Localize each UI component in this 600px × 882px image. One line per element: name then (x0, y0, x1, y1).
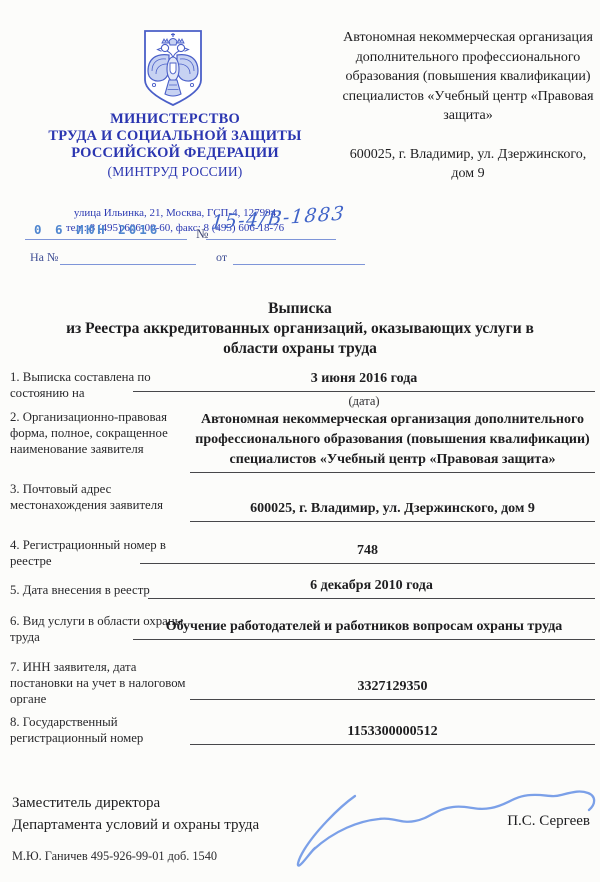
recipient-address: 600025, г. Владимир, ул. Дзержинского, д… (342, 145, 594, 184)
reply-na-underline (60, 264, 196, 265)
ministry-name-line1: МИНИСТЕРСТВО (15, 111, 335, 128)
item-7-value: 3327129350 (190, 677, 595, 700)
signer-position-line1: Заместитель директора (12, 792, 259, 814)
document-title: Выписка из Реестра аккредитованных орган… (40, 299, 560, 359)
signer-position-line2: Департамента условий и охраны труда (12, 814, 259, 836)
ministry-name-line3: РОССИЙСКОЙ ФЕДЕРАЦИИ (15, 145, 335, 162)
scanned-document-page: МИНИСТЕРСТВО ТРУДА И СОЦИАЛЬНОЙ ЗАЩИТЫ Р… (0, 0, 600, 882)
item-4-value: 748 (140, 541, 595, 564)
signer-name: П.С. Сергеев (470, 813, 590, 830)
signer-position: Заместитель директора Департамента услов… (12, 792, 259, 836)
date-stamp: 0 6 ИЮН 2016 (34, 222, 160, 237)
number-underline (206, 239, 336, 240)
date-underline (25, 239, 187, 240)
item-1-note: (дата) (133, 394, 595, 409)
reply-ot-underline (233, 264, 365, 265)
recipient-name: Автономная некоммерческая организация до… (342, 28, 594, 126)
document-title-line1: Выписка (40, 299, 560, 319)
coat-of-arms-icon (141, 28, 205, 108)
document-title-line2: из Реестра аккредитованных организаций, … (40, 319, 560, 359)
item-3-label: 3. Почтовый адрес местонахождения заявит… (10, 481, 190, 513)
item-1-value: 3 июня 2016 года (133, 369, 595, 392)
recipient-block: Автономная некоммерческая организация до… (342, 28, 594, 184)
reply-ot-label: от (216, 250, 227, 265)
item-7-label: 7. ИНН заявителя, дата постановки на уче… (10, 659, 190, 707)
ministry-name-line2: ТРУДА И СОЦИАЛЬНОЙ ЗАЩИТЫ (15, 128, 335, 145)
item-3-value: 600025, г. Владимир, ул. Дзержинского, д… (190, 499, 595, 522)
item-6-value: Обучение работодателей и работников вопр… (133, 617, 595, 640)
item-5-value: 6 декабря 2010 года (148, 576, 595, 599)
reply-na-label: На № (30, 250, 58, 265)
executor-contact: М.Ю. Ганичев 495-926-99-01 доб. 1540 (12, 849, 217, 864)
item-2-value: Автономная некоммерческая организация до… (190, 410, 595, 473)
item-8-label: 8. Государственный регистрационный номер (10, 714, 190, 746)
ministry-name-short: (МИНТРУД РОССИИ) (15, 163, 335, 180)
ministry-letterhead: МИНИСТЕРСТВО ТРУДА И СОЦИАЛЬНОЙ ЗАЩИТЫ Р… (15, 25, 335, 234)
item-8-value: 1153300000512 (190, 722, 595, 745)
item-2-label: 2. Организационно-правовая форма, полное… (10, 409, 190, 457)
